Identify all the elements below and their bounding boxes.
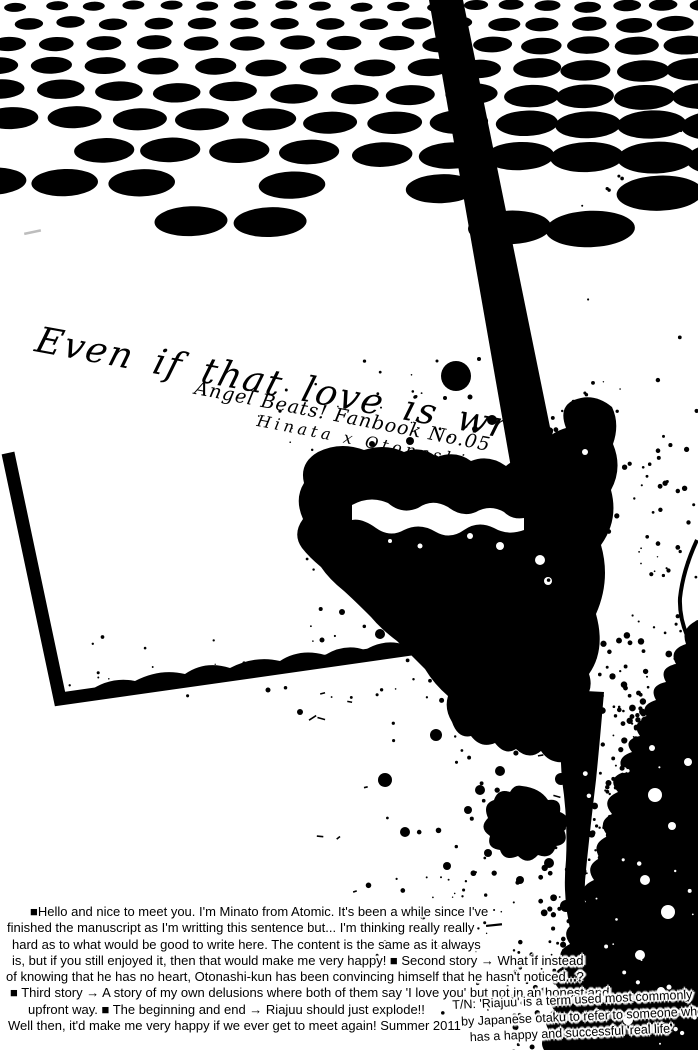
ink-splat-dot (441, 361, 471, 391)
afterword-line: hard as to what would be good to write h… (12, 937, 698, 953)
halftone-dot-field (0, 0, 698, 249)
ink-artwork (0, 0, 698, 1050)
afterword-line: is, but if you still enjoyed it, then th… (12, 953, 698, 969)
pencil-smudge (24, 229, 41, 235)
afterword-line: ■Hello and nice to meet you. I'm Minato … (30, 904, 698, 920)
afterword-line: finished the manuscript as I'm writting … (7, 920, 698, 936)
afterword-line: of knowing that he has no heart, Otonash… (6, 969, 698, 985)
translator-note: T/N: 'Riajuu' is a term used most common… (452, 986, 698, 1047)
frame-ink-smear (88, 637, 434, 697)
doujinshi-afterword-page: Even if that love is wrong. Angel Beats!… (0, 0, 698, 1050)
